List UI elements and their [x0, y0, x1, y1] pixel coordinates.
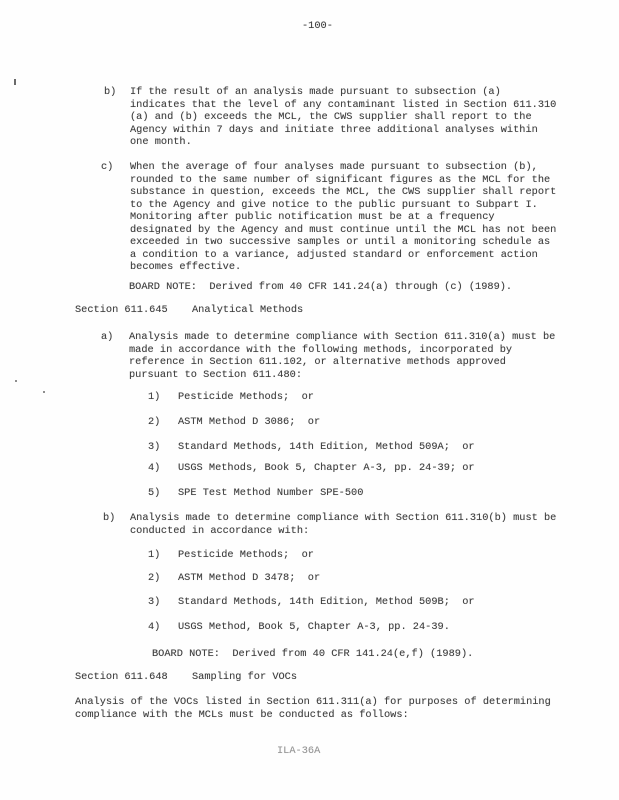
- list-item-text: Standard Methods, 14th Edition, Method 5…: [178, 596, 578, 609]
- list-item-text: ASTM Method D 3478; or: [178, 572, 578, 585]
- item-label: a): [101, 331, 113, 344]
- section-number: Section 611.645: [75, 304, 168, 317]
- list-item-text: USGS Method, Book 5, Chapter A-3, pp. 24…: [178, 621, 578, 634]
- list-item-number: 4): [148, 621, 160, 634]
- page-number: -100-: [302, 20, 333, 33]
- item-text: When the average of four analyses made p…: [130, 161, 572, 274]
- list-item-text: ASTM Method D 3086; or: [178, 416, 578, 429]
- closing-paragraph: Analysis of the VOCs listed in Section 6…: [75, 696, 585, 721]
- scan-artifact-dot: [15, 380, 17, 382]
- list-item-number: 3): [148, 596, 160, 609]
- list-item-text: SPE Test Method Number SPE-500: [178, 487, 578, 500]
- list-item-number: 1): [148, 549, 160, 562]
- list-item-number: 2): [148, 416, 160, 429]
- item-label: c): [101, 161, 113, 174]
- item-text: Analysis made to determine compliance wi…: [130, 512, 575, 537]
- list-item-number: 1): [148, 391, 160, 404]
- list-item-text: Pesticide Methods; or: [178, 549, 578, 562]
- scan-artifact-dot: [43, 391, 45, 393]
- board-note: BOARD NOTE: Derived from 40 CFR 141.24(e…: [152, 648, 582, 661]
- item-text: Analysis made to determine compliance wi…: [129, 331, 574, 381]
- list-item-text: Pesticide Methods; or: [178, 391, 578, 404]
- section-title: Analytical Methods: [192, 304, 303, 317]
- list-item-text: USGS Methods, Book 5, Chapter A-3, pp. 2…: [178, 462, 578, 475]
- footer-code: ILA-36A: [277, 745, 320, 758]
- list-item-text: Standard Methods, 14th Edition, Method 5…: [178, 441, 578, 454]
- document-page: -100- b) If the result of an analysis ma…: [0, 0, 619, 800]
- list-item-number: 3): [148, 441, 160, 454]
- list-item-number: 4): [148, 462, 160, 475]
- list-item-number: 2): [148, 572, 160, 585]
- item-label: b): [103, 512, 115, 525]
- list-item-number: 5): [148, 487, 160, 500]
- item-label: b): [104, 86, 116, 99]
- board-note: BOARD NOTE: Derived from 40 CFR 141.24(a…: [129, 281, 589, 294]
- section-number: Section 611.648: [75, 671, 168, 684]
- item-text: If the result of an analysis made pursua…: [130, 86, 570, 149]
- section-title: Sampling for VOCs: [192, 671, 297, 684]
- scan-artifact-tick: [14, 79, 16, 85]
